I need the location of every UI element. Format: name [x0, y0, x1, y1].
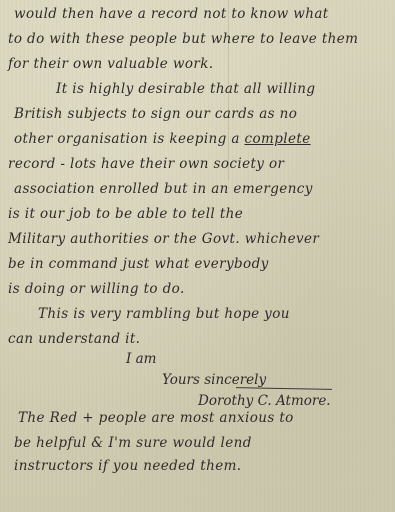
body-line-9: is it our job to be able to tell the: [8, 206, 243, 222]
body-line-12: is doing or willing to do.: [8, 281, 185, 297]
body-line-1: would then have a record not to know wha…: [14, 6, 329, 22]
postscript-line-2: be helpful & I'm sure would lend: [14, 435, 252, 451]
body-line-8: association enrolled but in an emergency: [14, 181, 313, 197]
body-line-14: can understand it.: [8, 331, 140, 347]
body-line-5: British subjects to sign our cards as no: [14, 106, 297, 122]
closing-yours-sincerely: Yours sincerely: [162, 372, 266, 388]
postscript-line-3: instructors if you needed them.: [14, 458, 241, 474]
body-line-13: This is very rambling but hope you: [38, 306, 290, 322]
letter-page: would then have a record not to know wha…: [0, 0, 395, 512]
body-line-10: Military authorities or the Govt. whiche…: [8, 231, 319, 247]
body-line-2: to do with these people but where to lea…: [8, 31, 358, 47]
body-line-6: other organisation is keeping a complete: [14, 131, 311, 147]
body-line-7: record - lots have their own society or: [8, 156, 284, 172]
body-line-11: be in command just what everybody: [8, 256, 269, 272]
signature: Dorothy C. Atmore.: [198, 393, 331, 409]
postscript-line-1: The Red + people are most anxious to: [18, 410, 294, 426]
body-line-6-text: other organisation is keeping a: [14, 131, 245, 147]
signature-flourish: [236, 387, 332, 390]
closing-i-am: I am: [126, 351, 156, 367]
body-line-4: It is highly desirable that all willing: [56, 81, 315, 97]
underlined-word: complete: [245, 131, 311, 147]
body-line-3: for their own valuable work.: [8, 56, 214, 72]
